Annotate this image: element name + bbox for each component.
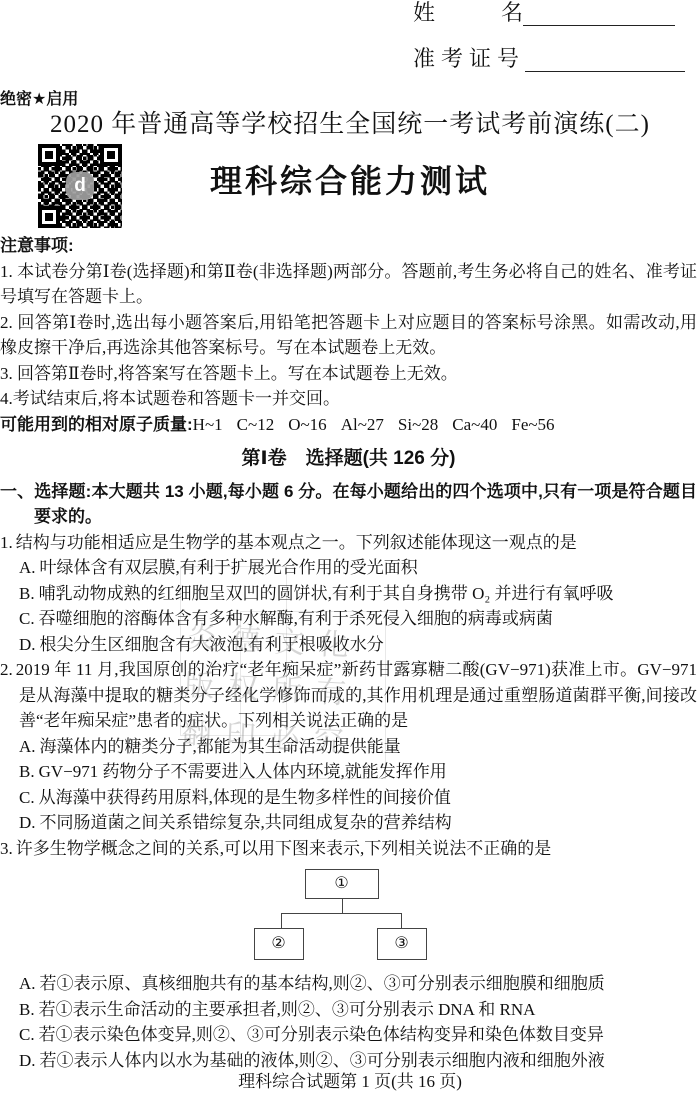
notice-item-1: 1. 本试卷分第Ⅰ卷(选择题)和第Ⅱ卷(非选择题)两部分。答题前,考生务必将自己…	[0, 259, 697, 310]
option-c: C.若①表示染色体变异,则②、③可分别表示染色体结构变异和染色体数目变异	[0, 1022, 697, 1048]
diagram-connector-line	[342, 899, 343, 913]
option-text: 哺乳动物成熟的红细胞呈双凹的圆饼状,有利于其自身携带 O₂ 并进行有氧呼吸	[39, 584, 614, 603]
option-b: B.若①表示生命活动的主要承担者,则②、③可分别表示 DNA 和 RNA	[0, 997, 697, 1023]
concept-relation-diagram: ① ② ③	[239, 865, 459, 965]
diagram-connector-line	[401, 913, 402, 928]
notice-heading: 注意事项:	[0, 233, 697, 259]
qr-finder-pattern	[38, 206, 60, 228]
option-c: C.从海藻中获得药用原料,体现的是生物多样性的间接价值	[0, 785, 697, 811]
question-stem-text: 许多生物学概念之间的关系,可以用下图来表示,下列相关说法不正确的是	[16, 839, 552, 858]
exam-body: 注意事项: 1. 本试卷分第Ⅰ卷(选择题)和第Ⅱ卷(非选择题)两部分。答题前,考…	[0, 233, 700, 1073]
question-stem: 2.2019 年 11 月,我国原创的治疗“老年痴呆症”新药甘露寡糖二酸(GV−…	[0, 657, 697, 734]
notice-item-4: 4.考试结束后,将本试题卷和答题卡一并交回。	[0, 386, 697, 412]
option-b: B.GV−971 药物分子不需要进入人体内环境,就能发挥作用	[0, 759, 697, 785]
atomic-mass-label: 可能用到的相对原子质量:	[0, 415, 193, 434]
option-text: 叶绿体含有双层膜,有利于扩展光合作用的受光面积	[40, 558, 418, 577]
qr-code: d	[38, 144, 122, 228]
option-label: D.	[19, 813, 36, 832]
diagram-box-2: ②	[254, 928, 304, 960]
option-d: D.根尖分生区细胞含有大液泡,有利于根吸收水分	[0, 632, 697, 658]
question-stem-text: 2019 年 11 月,我国原创的治疗“老年痴呆症”新药甘露寡糖二酸(GV−97…	[16, 660, 697, 730]
option-label: C.	[19, 609, 35, 628]
question-stem: 3.许多生物学概念之间的关系,可以用下图来表示,下列相关说法不正确的是	[0, 836, 697, 862]
option-text: 吞噬细胞的溶酶体含有多种水解酶,有利于杀死侵入细胞的病毒或病菌	[39, 609, 553, 628]
question-3: 3.许多生物学概念之间的关系,可以用下图来表示,下列相关说法不正确的是 ① ② …	[0, 836, 697, 1074]
option-label: A.	[19, 737, 36, 756]
option-text: 若①表示染色体变异,则②、③可分别表示染色体结构变异和染色体数目变异	[39, 1025, 604, 1044]
diagram-connector-line	[281, 913, 282, 928]
option-label: B.	[19, 584, 35, 603]
option-text: 海藻体内的糖类分子,都能为其生命活动提供能量	[40, 737, 401, 756]
exam-title: 2020 年普通高等学校招生全国统一考试考前演练(二)	[0, 104, 700, 140]
exam-paper-page: 姓 名 准考证号 绝密★启用 2020 年普通高等学校招生全国统一考试考前演练(…	[0, 0, 700, 1107]
notice-item-3: 3. 回答第Ⅱ卷时,将答案写在答题卡上。写在本试题卷上无效。	[0, 361, 697, 387]
option-d: D.不同肠道菌之间关系错综复杂,共同组成复杂的营养结构	[0, 810, 697, 836]
question-number: 2.	[0, 660, 13, 679]
name-blank-line	[523, 1, 675, 26]
atomic-mass-value: H~1	[193, 415, 223, 434]
question-stem: 1.结构与功能相适应是生物学的基本观点之一。下列叙述能体现这一观点的是	[0, 530, 697, 556]
admission-id-blank-line	[525, 47, 685, 72]
option-label: A.	[19, 558, 36, 577]
atomic-mass-value: O~16	[288, 415, 326, 434]
question-1: 1.结构与功能相适应是生物学的基本观点之一。下列叙述能体现这一观点的是 A.叶绿…	[0, 530, 697, 658]
atomic-mass-value: Al~27	[341, 415, 384, 434]
question-2: 2.2019 年 11 月,我国原创的治疗“老年痴呆症”新药甘露寡糖二酸(GV−…	[0, 657, 697, 836]
option-label: D.	[19, 635, 36, 654]
diagram-box-3: ③	[377, 928, 427, 960]
atomic-mass-value: C~12	[237, 415, 275, 434]
option-label: C.	[19, 1025, 35, 1044]
name-label: 姓 名	[413, 0, 523, 26]
atomic-mass-line: 可能用到的相对原子质量:H~1C~12O~16Al~27Si~28Ca~40Fe…	[0, 412, 697, 438]
option-text: 不同肠道菌之间关系错综复杂,共同组成复杂的营养结构	[40, 813, 452, 832]
section-instruction: 一、选择题:本大题共 13 小题,每小题 6 分。在每小题给出的四个选项中,只有…	[0, 479, 697, 530]
qr-finder-pattern	[100, 144, 122, 166]
admission-id-field-row: 准考证号	[413, 46, 685, 72]
name-field-row: 姓 名	[413, 0, 675, 26]
page-footer: 理科综合试题第 1 页(共 16 页)	[0, 1067, 700, 1092]
option-text: GV−971 药物分子不需要进入人体内环境,就能发挥作用	[39, 762, 447, 781]
atomic-mass-value: Ca~40	[452, 415, 497, 434]
option-a: A.若①表示原、真核细胞共有的基本结构,则②、③可分别表示细胞膜和细胞质	[0, 971, 697, 997]
option-label: B.	[19, 1000, 35, 1019]
question-number: 1.	[0, 533, 13, 552]
option-a: A.叶绿体含有双层膜,有利于扩展光合作用的受光面积	[0, 555, 697, 581]
option-text: 从海藻中获得药用原料,体现的是生物多样性的间接价值	[39, 788, 451, 807]
option-text: 若①表示生命活动的主要承担者,则②、③可分别表示 DNA 和 RNA	[39, 1000, 536, 1019]
option-label: B.	[19, 762, 35, 781]
option-label: C.	[19, 788, 35, 807]
option-text: 若①表示原、真核细胞共有的基本结构,则②、③可分别表示细胞膜和细胞质	[40, 974, 605, 993]
option-text: 根尖分生区细胞含有大液泡,有利于根吸收水分	[40, 635, 384, 654]
question-stem-text: 结构与功能相适应是生物学的基本观点之一。下列叙述能体现这一观点的是	[16, 533, 577, 552]
atomic-mass-value: Si~28	[398, 415, 438, 434]
qr-center-logo: d	[66, 172, 94, 200]
diagram-connector-line	[281, 913, 402, 914]
option-b: B.哺乳动物成熟的红细胞呈双凹的圆饼状,有利于其自身携带 O₂ 并进行有氧呼吸	[0, 581, 697, 607]
admission-id-label: 准考证号	[413, 46, 525, 72]
option-a: A.海藻体内的糖类分子,都能为其生命活动提供能量	[0, 734, 697, 760]
question-number: 3.	[0, 839, 13, 858]
atomic-mass-value: Fe~56	[511, 415, 554, 434]
option-c: C.吞噬细胞的溶酶体含有多种水解酶,有利于杀死侵入细胞的病毒或病菌	[0, 606, 697, 632]
diagram-box-1: ①	[305, 869, 379, 899]
section-title: 第Ⅰ卷 选择题(共 126 分)	[0, 445, 697, 474]
qr-finder-pattern	[38, 144, 60, 166]
notice-item-2: 2. 回答第Ⅰ卷时,选出每小题答案后,用铅笔把答题卡上对应题目的答案标号涂黑。如…	[0, 310, 697, 361]
option-label: A.	[19, 974, 36, 993]
